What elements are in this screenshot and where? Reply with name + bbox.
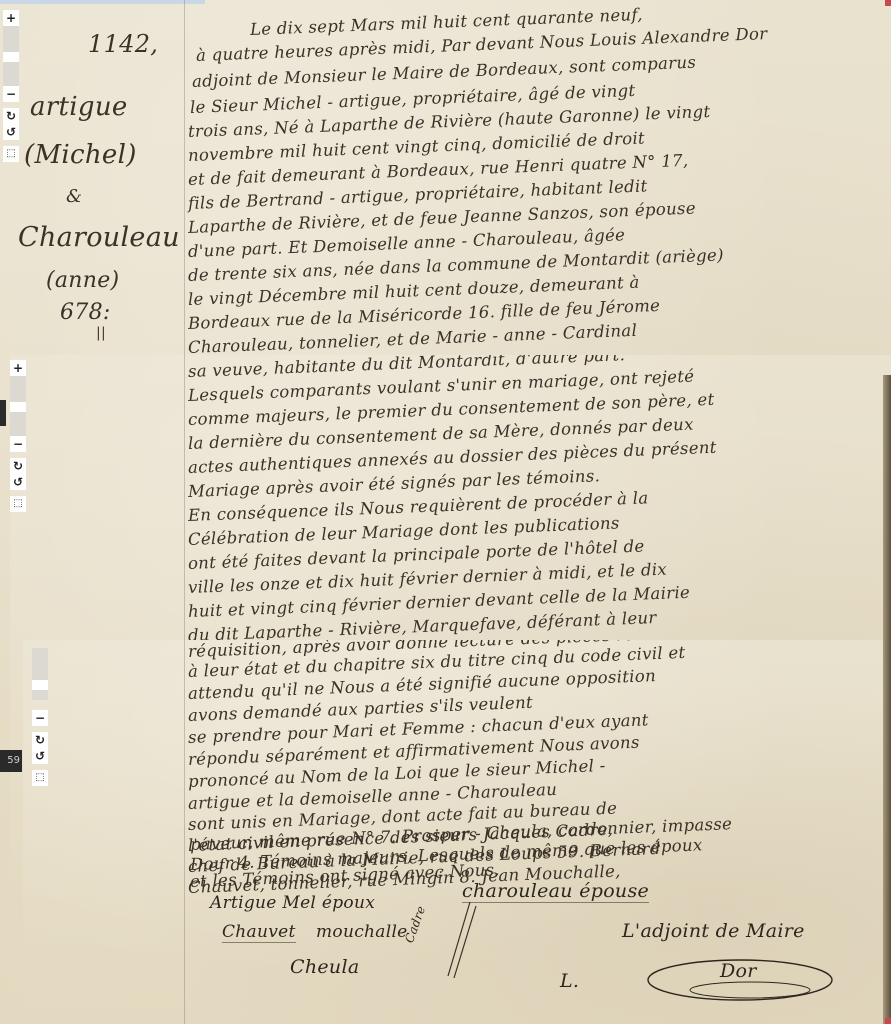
rotate-ccw-button[interactable]: ↺ <box>32 748 48 764</box>
margin-folio-ref: 678: <box>60 300 111 325</box>
fit-to-screen-button[interactable]: ⬚ <box>3 146 19 162</box>
margin-surname-bride: Charouleau <box>18 222 180 253</box>
entry-number: 1142, <box>88 30 158 58</box>
signature-witness-mouchalle: mouchalle <box>316 922 408 942</box>
zoom-out-button[interactable]: − <box>32 710 48 726</box>
zoom-out-button[interactable]: − <box>3 86 19 102</box>
header-strip <box>0 0 205 4</box>
margin-tick: || <box>96 325 106 341</box>
signature-witness-cheula: Cheula <box>290 956 359 978</box>
officiant-signature: Dor <box>720 960 757 982</box>
zoom-slider-thumb[interactable] <box>32 680 48 690</box>
zoom-slider-thumb[interactable] <box>10 402 26 412</box>
rotate-ccw-button[interactable]: ↺ <box>3 124 19 140</box>
zoom-slider-thumb[interactable] <box>3 52 19 62</box>
margin-surname-groom: artigue <box>30 92 128 122</box>
zoom-in-button[interactable]: + <box>10 360 26 376</box>
rotate-cw-button[interactable]: ↻ <box>3 108 19 124</box>
viewer-toolbar-2: + − ↻ ↺ ⬚ <box>10 360 26 512</box>
viewer-toolbar-1: + − ↻ ↺ ⬚ <box>3 10 19 162</box>
corner-marker <box>885 0 891 6</box>
margin-ampersand: & <box>66 186 82 207</box>
zoom-slider[interactable] <box>3 26 19 86</box>
viewer-toolbar-3: − ↻ ↺ ⬚ <box>32 648 48 786</box>
zoom-out-button[interactable]: − <box>10 436 26 452</box>
signature-groom: Artigue Mel époux <box>210 893 375 913</box>
corner-marker <box>885 1018 891 1024</box>
officiant-title: L'adjoint de Maire <box>622 920 805 942</box>
rotate-cw-button[interactable]: ↻ <box>32 732 48 748</box>
margin-rule <box>184 640 185 1024</box>
page-binding-edge <box>883 640 891 1024</box>
page-tab-edge[interactable] <box>0 400 6 426</box>
rotate-ccw-button[interactable]: ↺ <box>10 474 26 490</box>
zoom-in-button[interactable]: + <box>3 10 19 26</box>
signature-flourish <box>440 900 480 980</box>
zoom-slider[interactable] <box>10 376 26 436</box>
officiant-initial: L. <box>560 970 579 992</box>
margin-given-groom: (Michel) <box>24 140 137 170</box>
signature-witness-chauvet: Chauvet <box>222 922 296 943</box>
fit-to-screen-button[interactable]: ⬚ <box>10 496 26 512</box>
page-number-tab[interactable]: 59 <box>0 750 22 772</box>
margin-given-bride: (anne) <box>46 268 119 293</box>
zoom-slider[interactable] <box>32 648 48 700</box>
signature-bride: charouleau épouse <box>462 880 649 903</box>
rotate-cw-button[interactable]: ↻ <box>10 458 26 474</box>
fit-to-screen-button[interactable]: ⬚ <box>32 770 48 786</box>
